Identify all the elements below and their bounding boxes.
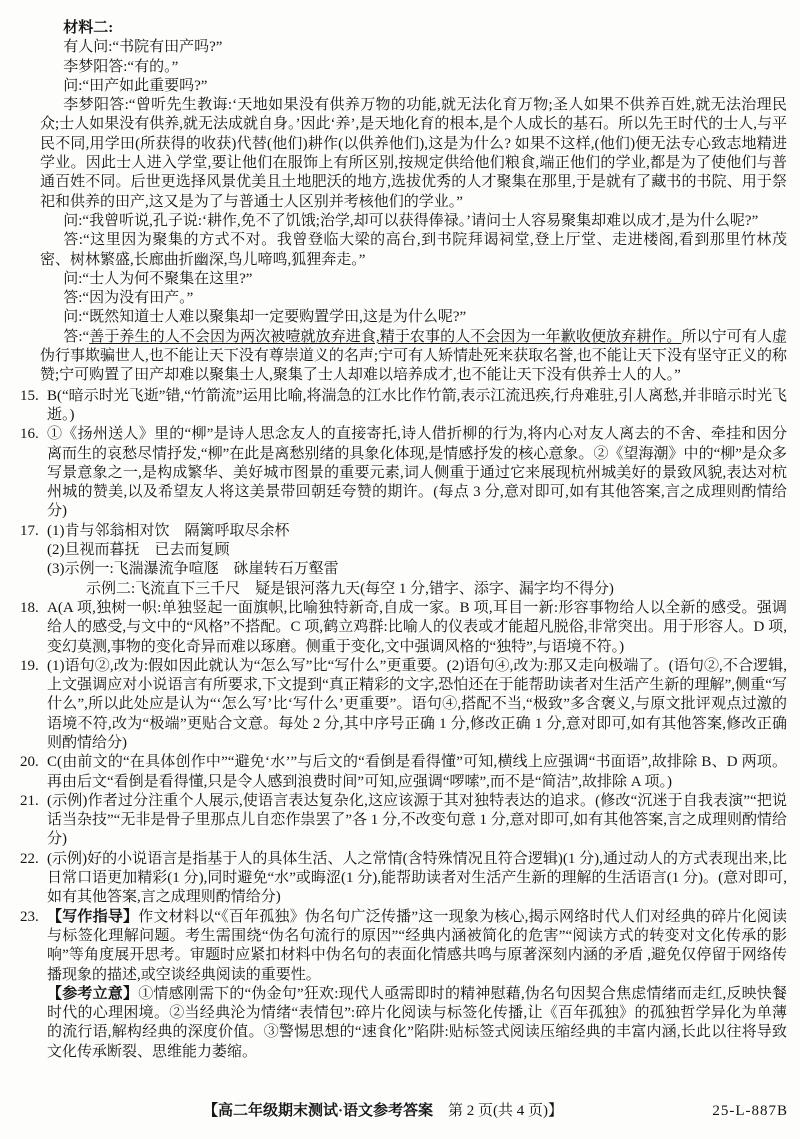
answer-number: 22. <box>20 850 39 869</box>
answer-text: ①《扬州送人》里的“柳”是诗人思念友人的直接寄托,诗人借折柳的行为,将内心对友人… <box>47 426 787 519</box>
answer-number: 19. <box>20 657 39 676</box>
material-paragraph: 问:“田产如此重要吗?” <box>40 77 787 96</box>
footer-exam-title: 【高二年级期末测试·语文参考答案 <box>203 1103 433 1119</box>
paragraph-prefix: 答:“ <box>63 329 89 345</box>
material-paragraph: 答:“这里因为聚集的方式不对。我曾登临大梁的高台,到书院拜谒祠堂,登上厅堂、走进… <box>40 231 787 270</box>
answer-text: (示例)作者过分注重个人展示,使语言表达复杂化,这应该源于其对独特表达的追求。(… <box>47 793 787 848</box>
material-paragraph: 答:“因为没有田产。” <box>40 289 787 308</box>
answer-item-18: 18. A(A 项,独树一帜:单独竖起一面旗帜,比喻独特新奇,自成一家。B 项,… <box>20 599 787 657</box>
answer-number: 20. <box>20 753 39 772</box>
answer-number: 21. <box>20 792 39 811</box>
answer-text: C(由前文的“在具体创作中”“避免‘水’”与后文的“看倒是看得懂”可知,横线上应… <box>47 754 787 789</box>
answer-item-17: 17. (1)肯与邻翁相对饮 隔篱呼取尽余杯 (2)旦视而暮抚 已去而复顾 (3… <box>20 522 787 599</box>
answer-item-15: 15. B(“暗示时光飞逝”错,“竹箭流”运用比喻,将湍急的江水比作竹箭,表示江… <box>20 387 787 426</box>
answer-line: 示例二:飞流直下三千尺 疑是银河落九天(每空 1 分,错字、添字、漏字均不得分) <box>47 580 787 599</box>
answer-text: ①情感刚需下的“伪金句”狂欢:现代人亟需即时的精神慰藉,伪名句因契合焦虑情绪而走… <box>47 986 787 1060</box>
reference-ideas-label: 【参考立意】 <box>47 986 138 1002</box>
answer-item-16: 16. ①《扬州送人》里的“柳”是诗人思念友人的直接寄托,诗人借折柳的行为,将内… <box>20 425 787 521</box>
writing-guide-label: 【写作指导】 <box>47 909 138 925</box>
page-footer: 【高二年级期末测试·语文参考答案 第 2 页(共 4 页)】 25-L-887B <box>0 1102 800 1122</box>
answer-item-22: 22. (示例)好的小说语言是指基于人的具体生活、人之常情(含特殊情况且符合逻辑… <box>20 850 787 908</box>
paper-code: 25-L-887B <box>712 1102 788 1121</box>
answer-number: 18. <box>20 599 39 618</box>
answer-line: (2)旦视而暮抚 已去而复顾 <box>47 541 787 560</box>
material-two-section: 材料二: 有人问:“书院有田产吗?” 李梦阳答:“有的。” 问:“田产如此重要吗… <box>40 19 787 386</box>
material-paragraph: 有人问:“书院有田产吗?” <box>40 38 787 57</box>
answer-text: (示例)好的小说语言是指基于人的具体生活、人之常情(含特殊情况且符合逻辑)(1 … <box>47 851 787 906</box>
answer-number: 17. <box>20 522 39 541</box>
answer-item-21: 21. (示例)作者过分注重个人展示,使语言表达复杂化,这应该源于其对独特表达的… <box>20 792 787 850</box>
material-paragraph: 问:“既然知道士人难以聚集却一定要购置学田,这是为什么呢?” <box>40 308 787 327</box>
exam-answer-sheet-page: 材料二: 有人问:“书院有田产吗?” 李梦阳答:“有的。” 问:“田产如此重要吗… <box>0 0 800 1139</box>
footer-caption: 【高二年级期末测试·语文参考答案 第 2 页(共 4 页)】 <box>203 1102 563 1121</box>
answer-item-23-reference-ideas: 【参考立意】①情感刚需下的“伪金句”狂欢:现代人亟需即时的精神慰藉,伪名句因契合… <box>20 985 787 1062</box>
material-paragraph: 问:“我曾听说,孔子说:‘耕作,免不了饥饿;治学,却可以获得俸禄。’请问士人容易… <box>40 212 787 231</box>
material-paragraph: 李梦阳答:“曾听先生教诲:‘天地如果没有供养万物的功能,就无法化育万物;圣人如果… <box>40 96 787 212</box>
footer-page-number: 第 2 页(共 4 页)】 <box>433 1103 563 1119</box>
answer-text: A(A 项,独树一帜:单独竖起一面旗帜,比喻独特新奇,自成一家。B 项,耳目一新… <box>47 600 787 655</box>
material-paragraph: 问:“士人为何不聚集在这里?” <box>40 270 787 289</box>
material-paragraph: 李梦阳答:“有的。” <box>40 58 787 77</box>
answer-text: (1)语句②,改为:假如因此就认为“怎么写”比“写什么”更重要。(2)语句④,改… <box>47 658 787 751</box>
material-paragraph-with-underline: 答:“善于养生的人不会因为两次被噎就放弃进食,精于农事的人不会因为一年歉收便放弃… <box>40 328 787 386</box>
answer-item-19: 19. (1)语句②,改为:假如因此就认为“怎么写”比“写什么”更重要。(2)语… <box>20 657 787 753</box>
answer-number: 15. <box>20 387 39 406</box>
answer-number: 16. <box>20 425 39 444</box>
answer-number: 23. <box>20 908 39 927</box>
material-heading: 材料二: <box>40 19 787 38</box>
answer-line: (3)示例一:飞湍瀑流争喧豗 砯崖转石万壑雷 <box>47 560 787 579</box>
underlined-sentence: 善于养生的人不会因为两次被噎就放弃进食,精于农事的人不会因为一年歉收便放弃耕作。 <box>89 329 681 345</box>
answers-section: 15. B(“暗示时光飞逝”错,“竹箭流”运用比喻,将湍急的江水比作竹箭,表示江… <box>20 387 787 1062</box>
answer-text: 作文材料以“《百年孤独》伪名句广泛传播”这一现象为核心,揭示网络时代人们对经典的… <box>47 909 787 983</box>
answer-item-20: 20. C(由前文的“在具体创作中”“避免‘水’”与后文的“看倒是看得懂”可知,… <box>20 753 787 792</box>
answer-line: (1)肯与邻翁相对饮 隔篱呼取尽余杯 <box>47 522 787 541</box>
answer-text: B(“暗示时光飞逝”错,“竹箭流”运用比喻,将湍急的江水比作竹箭,表示江流迅疾,… <box>47 388 787 423</box>
answer-item-23: 23. 【写作指导】作文材料以“《百年孤独》伪名句广泛传播”这一现象为核心,揭示… <box>20 908 787 985</box>
